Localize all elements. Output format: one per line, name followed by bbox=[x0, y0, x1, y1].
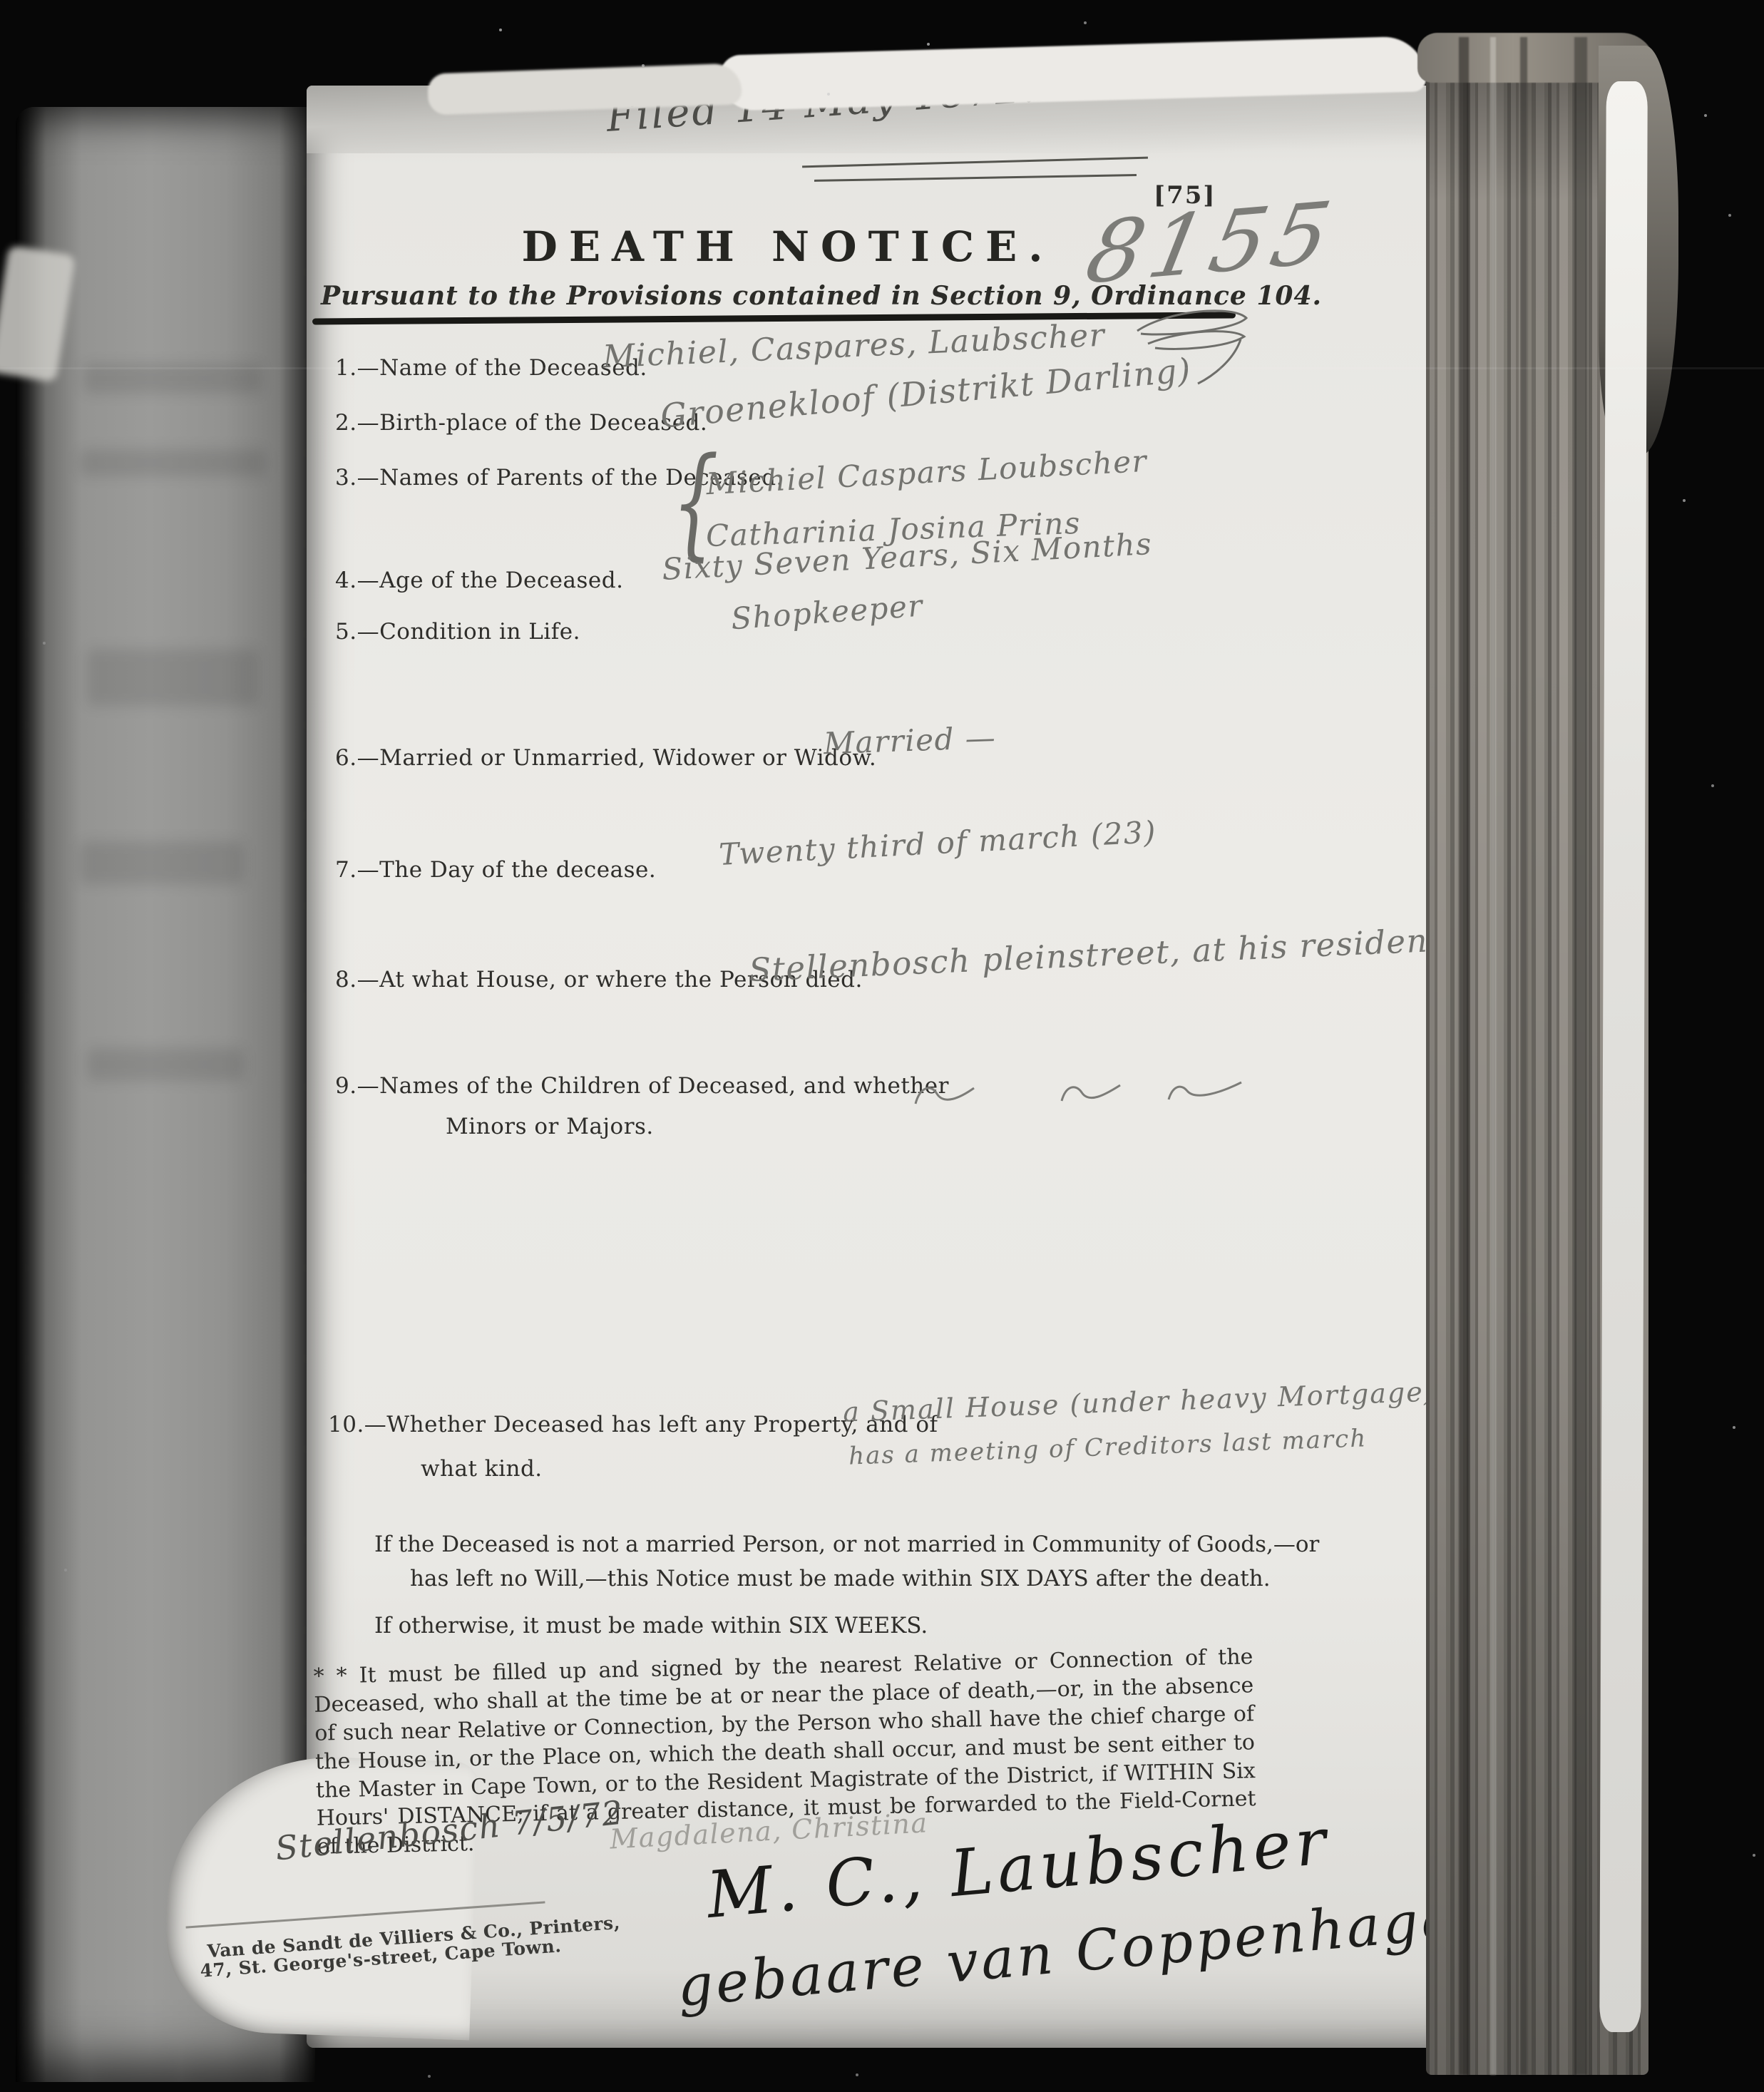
bleedthrough-mark bbox=[80, 449, 265, 476]
page-title: DEATH NOTICE. bbox=[321, 222, 1255, 271]
form-answer-6: Married — bbox=[823, 720, 997, 761]
stack-streak bbox=[1520, 37, 1527, 2075]
form-label-9-line2: Minors or Majors. bbox=[446, 1114, 654, 1139]
filed-underline bbox=[802, 157, 1148, 168]
form-label-9: 9.—Names of the Children of Deceased, an… bbox=[335, 1073, 949, 1099]
instruction-paragraph-1: If the Deceased is not a married Person,… bbox=[374, 1527, 1323, 1596]
bleedthrough-mark bbox=[80, 841, 244, 884]
form-label-7: 7.—The Day of the decease. bbox=[335, 857, 656, 883]
form-label-6: 6.—Married or Unmarried, Widower or Wido… bbox=[335, 745, 876, 771]
page-stack-edges bbox=[1426, 37, 1648, 2075]
filed-underline bbox=[814, 174, 1137, 182]
form-answer-5: Shopkeeper bbox=[730, 588, 925, 637]
instruction-paragraph-2: If otherwise, it must be made within SIX… bbox=[374, 1613, 1230, 1639]
cover-highlight bbox=[0, 245, 76, 383]
document-page: Filed 14 May 1872. [75] 8155 DEATH NOTIC… bbox=[307, 86, 1515, 2048]
form-label-2: 2.—Birth-place of the Deceased. bbox=[335, 410, 707, 436]
ditto-squiggle-icon bbox=[913, 1077, 977, 1109]
form-label-4: 4.—Age of the Deceased. bbox=[335, 568, 623, 593]
scanned-book-photo: Filed 14 May 1872. [75] 8155 DEATH NOTIC… bbox=[0, 0, 1764, 2092]
stack-white-page-edge bbox=[1599, 81, 1648, 2032]
stack-streak bbox=[1490, 37, 1496, 2075]
ditto-squiggle-icon bbox=[1166, 1077, 1244, 1109]
form-answer-10-line1: a Small House (under heavy Mortgage) bbox=[842, 1376, 1436, 1428]
form-answer-7: Twenty third of march (23) bbox=[718, 814, 1157, 872]
stack-streak bbox=[1459, 37, 1469, 2075]
stack-streak bbox=[1574, 37, 1587, 2075]
page-subtitle: Pursuant to the Provisions contained in … bbox=[321, 281, 1255, 311]
form-answer-8: Stellenbosch pleinstreet, at his residen… bbox=[748, 920, 1467, 989]
scan-artifact-line bbox=[0, 367, 1764, 369]
form-answer-3-father: Michiel Caspars Loubscher bbox=[705, 443, 1148, 501]
form-label-10-line2: what kind. bbox=[421, 1456, 543, 1482]
bleedthrough-mark bbox=[87, 1048, 244, 1081]
bleedthrough-mark bbox=[87, 649, 258, 706]
form-label-5: 5.—Condition in Life. bbox=[335, 619, 580, 645]
dust-specks bbox=[499, 29, 502, 31]
pen-flourish-icon bbox=[1127, 297, 1262, 389]
ditto-squiggle-icon bbox=[1059, 1077, 1123, 1109]
